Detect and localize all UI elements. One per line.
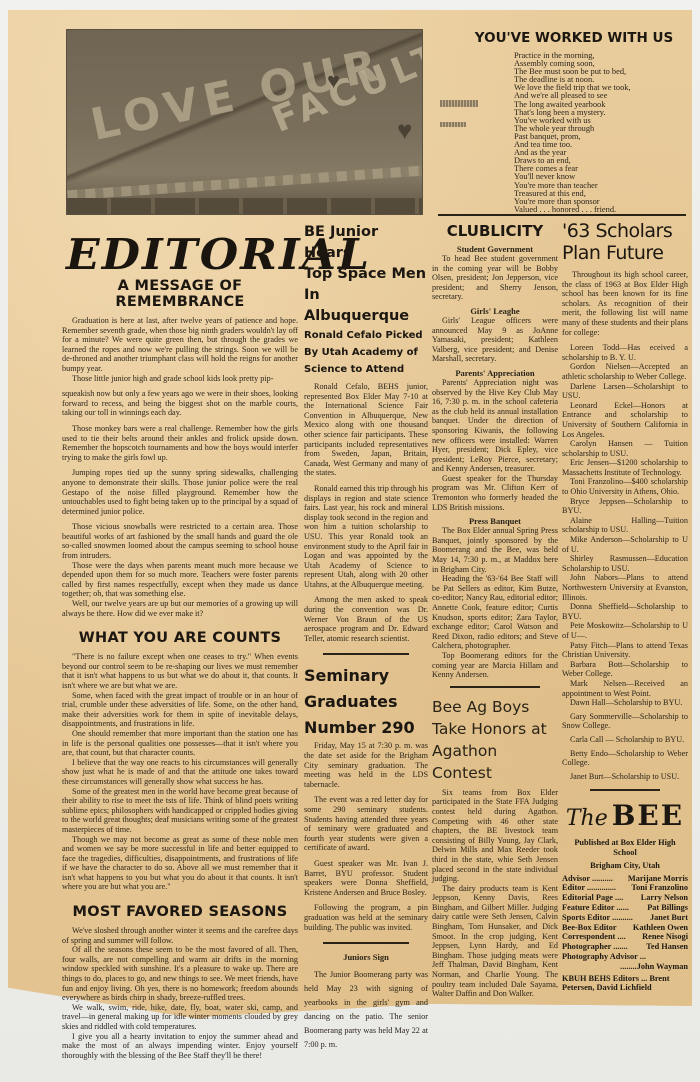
headline-line: Agathon Contest	[432, 740, 558, 784]
editorial-paragraph: Those little junior high and grade schoo…	[62, 374, 298, 384]
scholar-entry: Leonard Eckel—Honors at Entrance and sch…	[562, 401, 688, 439]
print-smudge	[440, 122, 466, 127]
scholar-entry: Eric Jensen—$1200 scholarship to Massach…	[562, 458, 688, 477]
logo-bee: BEE	[612, 799, 684, 832]
story-paragraph: Ronald Cefalo, BEHS junior, represented …	[304, 382, 428, 478]
heart-icon: ♥	[327, 68, 340, 94]
poem-title: YOU'VE WORKED WITH US	[458, 30, 690, 46]
story-paragraph: Among the men asked to speak during the …	[304, 595, 428, 643]
masthead: Published at Box Elder High School Brigh…	[562, 838, 688, 993]
faculty-banner-photo: LOVE OUR FACULTY ♥ ♥	[66, 29, 423, 215]
masthead-kbuh: KBUH BEHS Editors ... Brent Petersen, Da…	[562, 974, 688, 994]
editorial-paragraph: Of all the seasons these seem to be the …	[62, 945, 298, 1003]
scholar-entry: Gordon Nielsen—Accepted an athletic scho…	[562, 362, 688, 381]
section-divider	[450, 686, 541, 688]
subhead-line: Ronald Cefalo Picked	[304, 327, 428, 344]
space-story-headline: BE Junior HearsTop Space MenIn Albuquerq…	[304, 222, 428, 327]
seminary-headline: SeminaryGraduatesNumber 290	[304, 663, 428, 741]
staff-row: Editorial Page ....Larry Nelson	[562, 893, 688, 903]
logo-the: The	[566, 806, 608, 831]
scholar-entry: Darlene Larsen—Scholarshipt to USU.	[562, 382, 688, 401]
scholar-entry: Shirley Rasmussen—Education Scholarship …	[562, 554, 688, 573]
headline-line: In Albuquerque	[304, 285, 428, 327]
editorial-paragraph: Those vicious snowballs were restricted …	[62, 522, 298, 560]
club-paragraph: The Box Elder annual Spring Press Banque…	[432, 526, 558, 574]
staff-name: Renee Nisogi	[642, 932, 688, 942]
clublicity-headline: CLUBLICITY	[432, 222, 558, 240]
scholar-entry: Barbara Bott—Scholarship to Weber Colleg…	[562, 660, 688, 679]
editorial-paragraph: I give you all a hearty invitation to en…	[62, 1032, 298, 1061]
seminary-story-body: Friday, May 15 at 7:30 p. m. was the dat…	[304, 741, 428, 932]
staff-role: Bee-Box Editor	[562, 923, 617, 933]
headline-line: '63 Scholars	[562, 220, 688, 242]
clublicity-column: CLUBLICITY Student GovernmentTo head Bee…	[432, 222, 558, 999]
scholar-entry: Pete Moskowitz—Scholarship to U of U—.	[562, 621, 688, 640]
story-paragraph: Friday, May 15 at 7:30 p. m. was the dat…	[304, 741, 428, 789]
space-story-body: Ronald Cefalo, BEHS junior, represented …	[304, 382, 428, 643]
editorial-paragraph: Those were the days when parents meant m…	[62, 561, 298, 599]
editorial-headline: MOST FAVORED SEASONS	[62, 904, 298, 920]
editorial-paragraph: One should remember that more important …	[62, 729, 298, 758]
story-paragraph: Six teams from Box Elder participated in…	[432, 788, 558, 884]
staff-name: Toni Franzolino	[631, 883, 688, 893]
club-paragraph: Heading the '63-'64 Bee Staff will be Pa…	[432, 574, 558, 651]
club-subhead: Student Government	[432, 244, 558, 254]
subhead-line: By Utah Academy of	[304, 344, 428, 361]
photo-streamer	[67, 166, 422, 201]
scholars-column: '63 ScholarsPlan Future Throughout its h…	[562, 220, 688, 993]
scholar-entry: Alaine Halling—Tuition scholarship to US…	[562, 516, 688, 535]
story-paragraph: The dairy products team is Kent Jeppson,…	[432, 884, 558, 999]
editorial-paragraph: Some, when faced with the great impact o…	[62, 691, 298, 729]
headline-line: Seminary	[304, 663, 428, 689]
staff-row: Bee-Box EditorKathleen Owen	[562, 923, 688, 933]
staff-row: Feature Editor ......Pat Billings	[562, 903, 688, 913]
editorial-headline: WHAT YOU ARE COUNTS	[62, 630, 298, 646]
editorial-paragraph: "There is no failure except when one cea…	[62, 652, 298, 690]
subhead-line: Science to Attend	[304, 361, 428, 378]
masthead-published: Published at Box Elder High School	[562, 838, 688, 858]
editorial-paragraph: Jumping ropes tied up the sunny spring s…	[62, 468, 298, 516]
story-paragraph: Ronald earned this trip through his disp…	[304, 484, 428, 590]
scholar-entry: Carla Call — Scholarship to BYU.	[562, 735, 688, 745]
editorial-paragraph: We walk, swim, ride, hike, date, fly, bo…	[62, 1003, 298, 1032]
club-subhead: Parents' Appreciation	[432, 368, 558, 378]
space-story-subhead: Ronald Cefalo PickedBy Utah Academy ofSc…	[304, 327, 428, 378]
editorial-banner: EDITORIAL	[66, 230, 308, 279]
middle-column: BE Junior HearsTop Space MenIn Albuquerq…	[304, 222, 428, 1052]
staff-name: Ted Hansen	[646, 942, 688, 952]
scholars-list: Loreen Todd—Has eceived a scholarship to…	[562, 343, 688, 781]
staff-row: Sports Editor ..........Janet Burt	[562, 913, 688, 923]
story-paragraph: Following the program, a pin graduation …	[304, 903, 428, 932]
staff-role: Editor ..............	[562, 883, 616, 893]
staff-role: Feature Editor ......	[562, 903, 629, 913]
editorial-paragraph: Some of the greatest men in the world ha…	[62, 787, 298, 835]
headline-line: BE Junior Hears	[304, 222, 428, 264]
staff-role: Editorial Page ....	[562, 893, 623, 903]
story-paragraph: The event was a red letter day for some …	[304, 795, 428, 853]
print-smudge	[440, 100, 478, 107]
headline-line: Take Honors at	[432, 718, 558, 740]
club-subhead: Press Banquet	[432, 516, 558, 526]
staff-name: Larry Nelson	[641, 893, 688, 903]
headline-line: Bee Ag Boys	[432, 696, 558, 718]
scholars-intro: Throughout its high school career, the c…	[562, 270, 688, 337]
story-paragraph: Guest speaker was Mr. Ivan J. Barret, BY…	[304, 859, 428, 897]
ag-story-body: Six teams from Box Elder participated in…	[432, 788, 558, 999]
scholar-entry: Gary Sommerville—Scholarship to Snow Col…	[562, 712, 688, 731]
scholar-entry: Loreen Todd—Has eceived a scholarship to…	[562, 343, 688, 362]
editorial-paragraph: Well, our twelve years are up but our me…	[62, 599, 298, 618]
clublicity-body: Student GovernmentTo head Bee student go…	[432, 244, 558, 680]
staff-row: Correspondent ....Renee Nisogi	[562, 932, 688, 942]
poem-body: Practice in the morning,Assembly coming …	[514, 52, 684, 214]
editorial-paragraph: We've sloshed through another winter it …	[62, 926, 298, 945]
staff-role: Advisor ..........	[562, 874, 613, 884]
staff-role: Photographer .......	[562, 942, 628, 952]
staff-row: Photographer .......Ted Hansen	[562, 942, 688, 952]
section-divider	[438, 214, 686, 216]
scholar-entry: Betty Endo—Scholarship to Weber College.	[562, 749, 688, 768]
masthead-location: Brigham City, Utah	[562, 861, 688, 871]
scholar-entry: Bryce Jeppsen—Scholarship to BYU.	[562, 497, 688, 516]
section-divider	[323, 942, 410, 944]
scholar-entry: Mike Anderson—Scholarship to U of U.	[562, 535, 688, 554]
section-divider	[590, 789, 659, 791]
editorial-paragraph: Though we may not become as great as som…	[62, 835, 298, 893]
scholar-entry: Janet Burt—Scholarship to USU.	[562, 772, 688, 782]
scholar-entry: Donna Sheffield—Scholarship to BYU.	[562, 602, 688, 621]
staff-row: Advisor ..........Marijane Morris	[562, 874, 688, 884]
headline-line: Number 290	[304, 715, 428, 741]
headline-line: Plan Future	[562, 242, 688, 264]
staff-role: Correspondent ....	[562, 932, 626, 942]
staff-name: Pat Billings	[647, 903, 688, 913]
the-bee-logo: The BEE	[562, 799, 688, 832]
scholar-entry: Mark Nelsen—Received an appointment to W…	[562, 679, 688, 698]
editorial-paragraph: Graduation is here at last, after twelve…	[62, 316, 298, 374]
club-paragraph: Guest speaker for the Thursday program w…	[432, 474, 558, 512]
ag-story-headline: Bee Ag BoysTake Honors atAgathon Contest	[432, 696, 558, 784]
editorial-paragraph: I believe that the way one reacts to his…	[62, 758, 298, 787]
staff-name: Janet Burt	[650, 913, 688, 923]
club-paragraph: Top Boomerang editors for the coming yea…	[432, 651, 558, 680]
juniors-sign-body: The Junior Boomerang party was held May …	[304, 968, 428, 1052]
photo-lockers	[67, 198, 422, 214]
scholar-entry: Patsy Fitch—Plans to attend Texas Christ…	[562, 641, 688, 660]
masthead-staff-list: Advisor ..........Marijane MorrisEditor …	[562, 874, 688, 952]
headline-line: Graduates	[304, 689, 428, 715]
juniors-sign-subhead: Juniors Sign	[304, 952, 428, 962]
club-paragraph: To head Bee student government in the co…	[432, 254, 558, 302]
staff-name: Marijane Morris	[628, 874, 688, 884]
scholar-entry: John Nabors—Plans to attend Northwestern…	[562, 573, 688, 602]
staff-name: Kathleen Owen	[633, 923, 688, 933]
masthead-photo-advisor-name: ........John Wayman	[562, 962, 688, 972]
editorial-paragraph: Those monkey bars were a real challenge.…	[62, 424, 298, 462]
scholar-entry: Toni Franzolino—$400 scholarship to Ohio…	[562, 477, 688, 496]
section-divider	[323, 653, 410, 655]
headline-line: Top Space Men	[304, 264, 428, 285]
scholars-headline: '63 ScholarsPlan Future	[562, 220, 688, 264]
poem-line: Valued . . . honored . . . friend.	[514, 206, 684, 214]
staff-role: Sports Editor ..........	[562, 913, 633, 923]
club-paragraph: Girls' League officers were announced Ma…	[432, 316, 558, 364]
club-subhead: Girls' Leaghe	[432, 306, 558, 316]
editorial-headline: A MESSAGE OF REMEMBRANCE	[62, 278, 298, 310]
scholar-entry: Dawn Hall—Scholarship to BYU.	[562, 698, 688, 708]
editorial-column: A MESSAGE OF REMEMBRANCEGraduation is he…	[62, 278, 298, 1060]
scholar-entry: Carolyn Hansen — Tuition scholarship to …	[562, 439, 688, 458]
club-paragraph: Parents' Appreciation night was observed…	[432, 378, 558, 474]
heart-icon: ♥	[397, 116, 412, 146]
masthead-photo-advisor-role: Photography Advisor ...	[562, 952, 688, 962]
staff-row: Editor ..............Toni Franzolino	[562, 883, 688, 893]
editorial-paragraph: squeakish now but only a few years ago w…	[62, 389, 298, 418]
